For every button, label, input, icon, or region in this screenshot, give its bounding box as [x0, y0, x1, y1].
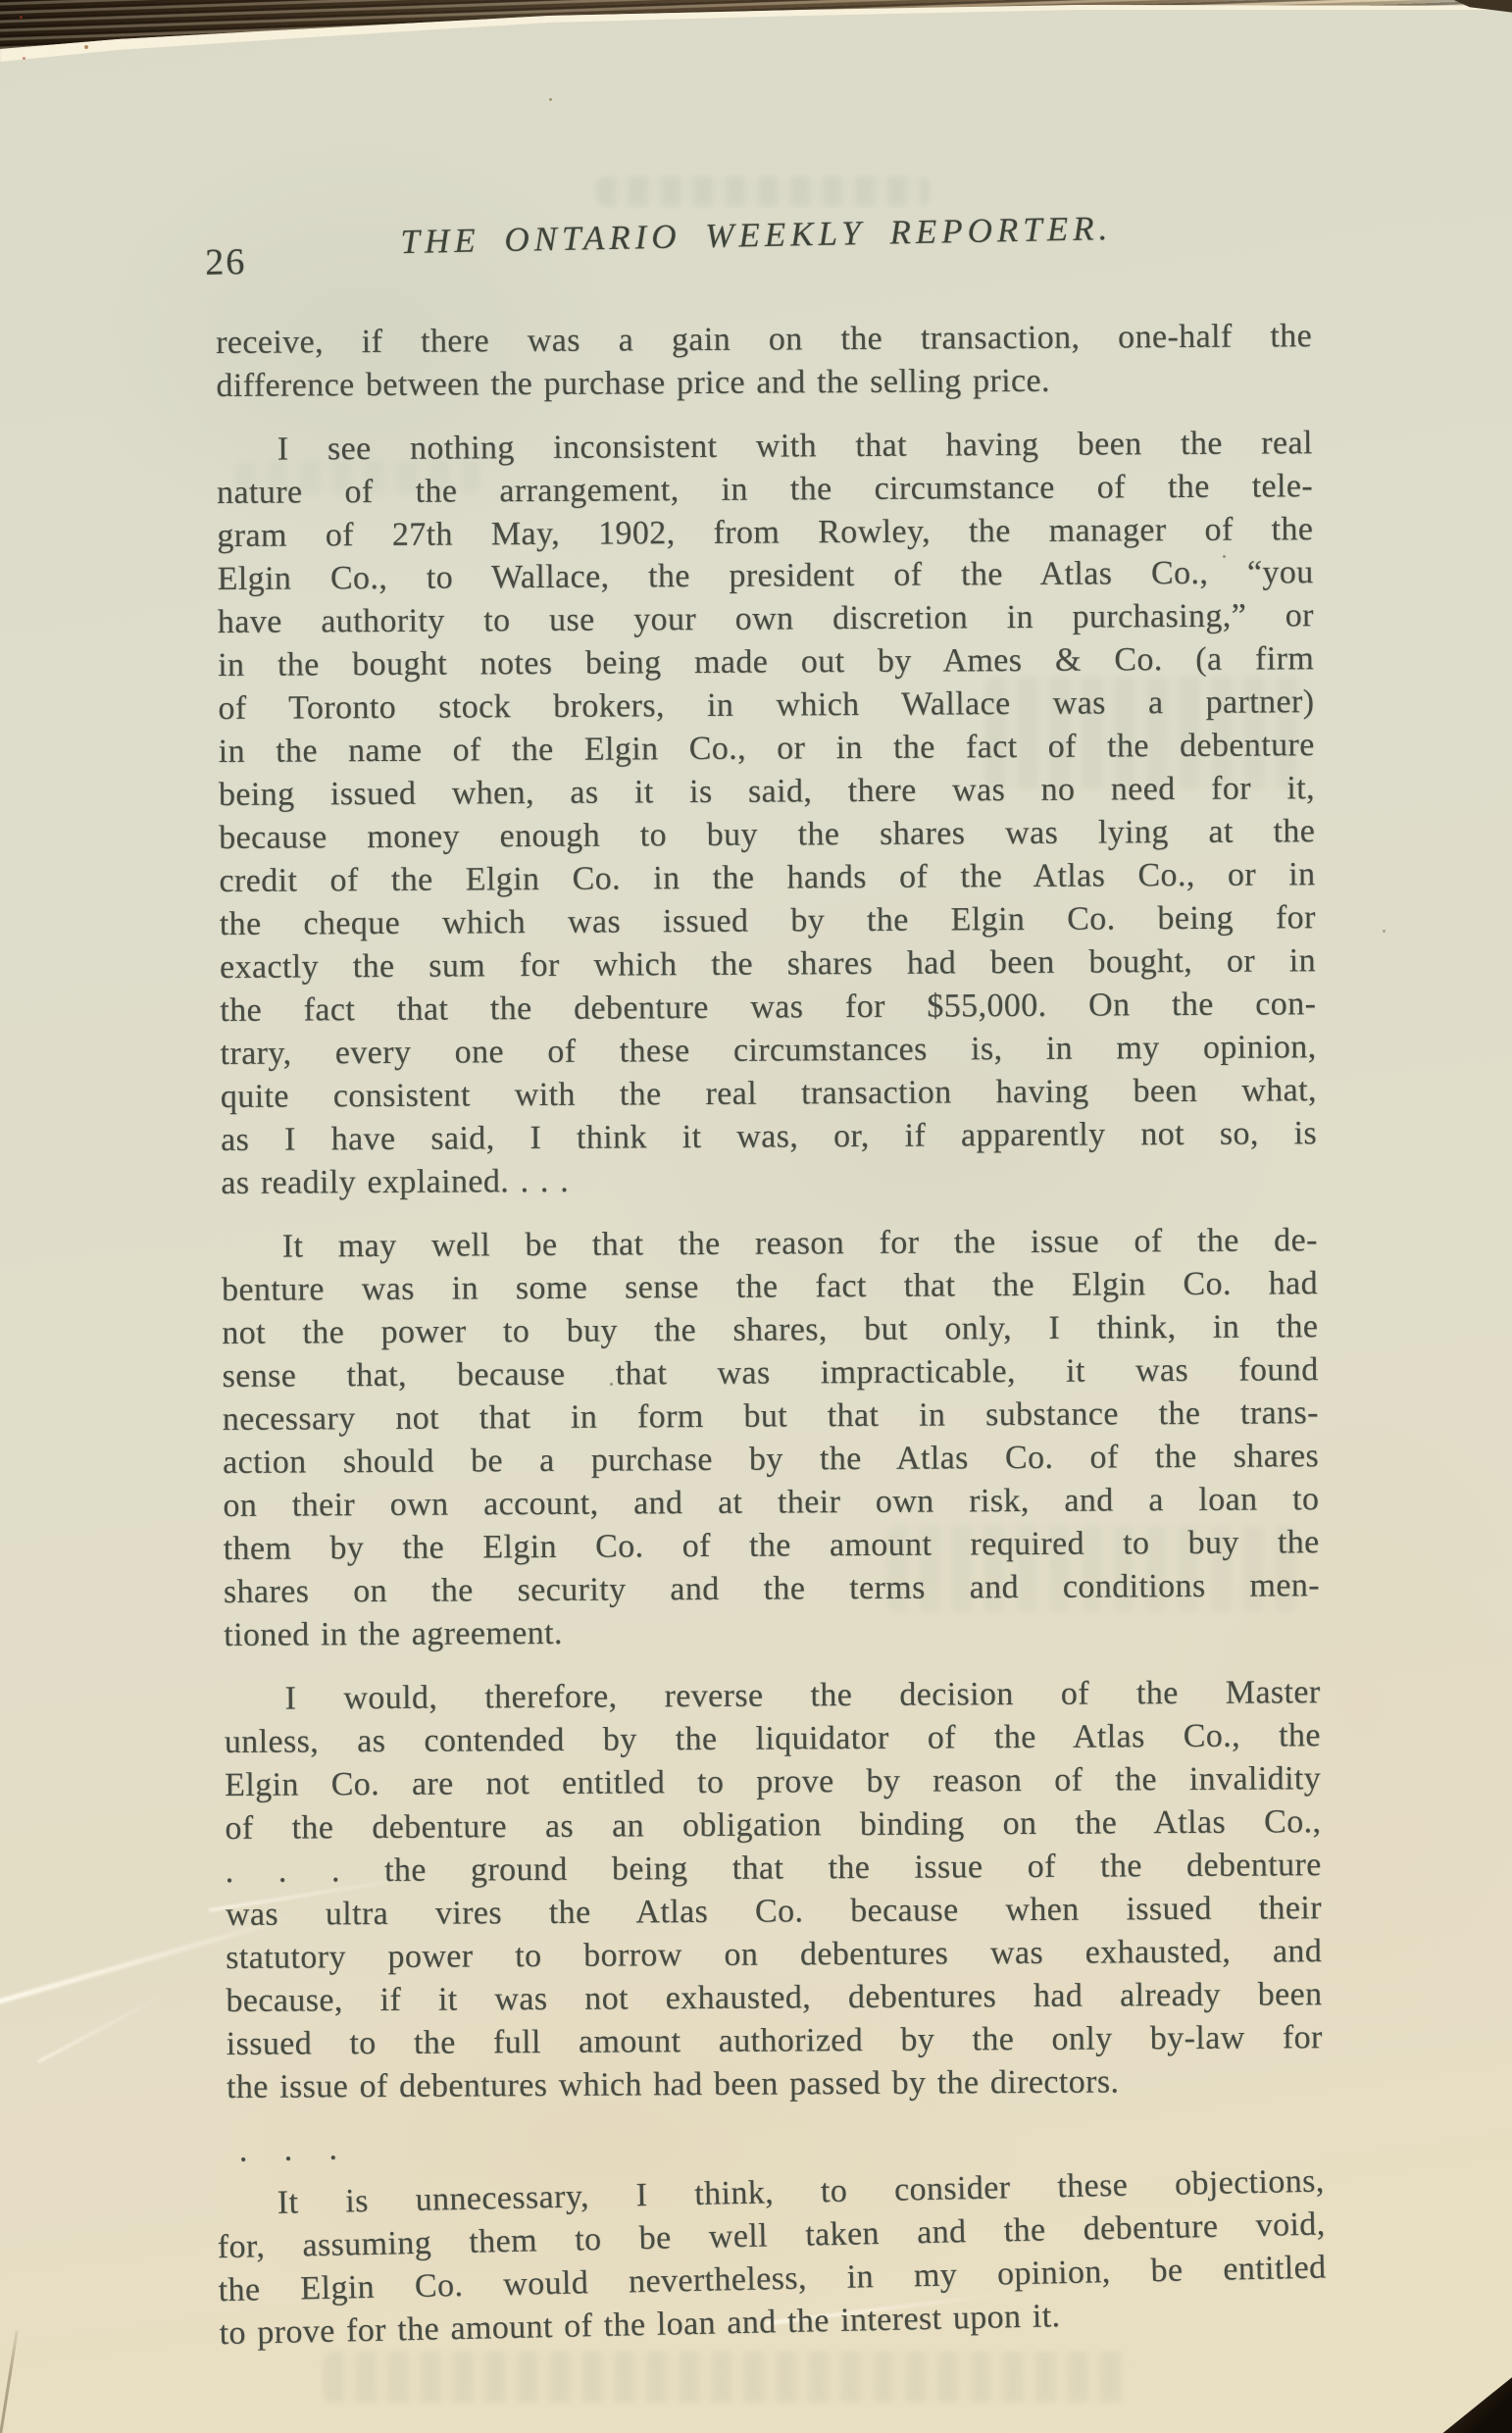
book-gutter-shadow	[1304, 0, 1512, 2433]
text-line: credit of the Elgin Co. in the hands of …	[219, 853, 1315, 903]
text-line: difference between the purchase price an…	[216, 358, 1312, 408]
page-number: 26	[205, 240, 247, 284]
text-line: in the bought notes being made out by Am…	[218, 637, 1314, 687]
paper-speck	[549, 98, 552, 101]
text-line: on their own account, and at their own r…	[223, 1478, 1319, 1528]
body-text: receive, if there was a gain on the tran…	[216, 315, 1325, 2376]
text-line: Elgin Co., to Wallace, the president of …	[217, 551, 1313, 601]
text-line: not the power to buy the shares, but onl…	[222, 1305, 1318, 1355]
running-title: THE ONTARIO WEEKLY REPORTER.	[201, 205, 1313, 266]
text-line: have authority to use your own discretio…	[218, 594, 1314, 644]
text-line: receive, if there was a gain on the tran…	[216, 315, 1312, 365]
text-line: I see nothing inconsistent with that hav…	[217, 422, 1313, 472]
text-line: because, if it was not exhausted, debent…	[226, 1973, 1322, 2023]
text-line: unless, as contended by the liquidator o…	[225, 1714, 1321, 1764]
text-line: as I have said, I think it was, or, if a…	[221, 1112, 1317, 1162]
text-line: action should be a purchase by the Atlas…	[223, 1435, 1319, 1485]
text-line: gram of 27th May, 1902, from Rowley, the…	[217, 508, 1313, 558]
paragraph: receive, if there was a gain on the tran…	[216, 315, 1313, 408]
text-line: necessary not that in form but that in s…	[223, 1392, 1319, 1442]
text-line: because money enough to buy the shares w…	[219, 810, 1315, 860]
paragraph: I would, therefore, reverse the decision…	[224, 1671, 1323, 2109]
text-line: shares on the security and the terms and…	[224, 1564, 1320, 1614]
text-line: tioned in the agreement.	[224, 1607, 1320, 1657]
text-line: the issue of debentures which had been p…	[227, 2059, 1323, 2109]
text-line: benture was in some sense the fact that …	[222, 1262, 1318, 1312]
text-line: exactly the sum for which the shares had…	[220, 939, 1316, 989]
text-line: trary, every one of these circumstances …	[220, 1026, 1316, 1076]
paragraph: It may well be that the reason for the i…	[222, 1219, 1321, 1657]
text-line: . . . the ground being that the issue of…	[226, 1844, 1322, 1894]
text-line: the fact that the debenture was for $55,…	[220, 983, 1316, 1033]
text-line: the cheque which was issued by the Elgin…	[220, 896, 1316, 946]
text-line: sense that, because that was impracticab…	[222, 1348, 1318, 1398]
text-line: nature of the arrangement, in the circum…	[217, 465, 1313, 515]
paragraph: I see nothing inconsistent with that hav…	[217, 422, 1318, 1205]
text-line: issued to the full amount authorized by …	[227, 2016, 1323, 2066]
show-through-smudge	[596, 177, 930, 206]
book-page-scan: 26 THE ONTARIO WEEKLY REPORTER. receive,…	[0, 0, 1512, 2433]
text-line: being issued when, as it is said, there …	[219, 767, 1315, 817]
bottom-text-group: . . . It is unnecessary, I think, to con…	[215, 2107, 1328, 2357]
text-line: was ultra vires the Atlas Co. because wh…	[226, 1887, 1322, 1937]
text-line: I would, therefore, reverse the decision…	[224, 1671, 1320, 1721]
paper-crease	[37, 1992, 169, 2063]
text-line: It may well be that the reason for the i…	[222, 1219, 1318, 1269]
text-line: statutory power to borrow on debentures …	[226, 1930, 1322, 1980]
paragraph: It is unnecessary, I think, to consider …	[216, 2160, 1327, 2357]
text-line: Elgin Co. are not entitled to prove by r…	[225, 1757, 1321, 1807]
text-line: of Toronto stock brokers, in which Walla…	[218, 681, 1314, 731]
text-line: as readily explained. . . .	[221, 1155, 1317, 1205]
page-edge-bottom-left	[0, 2330, 19, 2433]
text-line: them by the Elgin Co. of the amount requ…	[224, 1521, 1320, 1571]
page-header: 26 THE ONTARIO WEEKLY REPORTER.	[201, 205, 1313, 266]
text-line: quite consistent with the real transacti…	[221, 1069, 1317, 1119]
text-line: of the debenture as an obligation bindin…	[225, 1800, 1321, 1850]
text-line: in the name of the Elgin Co., or in the …	[219, 724, 1315, 774]
